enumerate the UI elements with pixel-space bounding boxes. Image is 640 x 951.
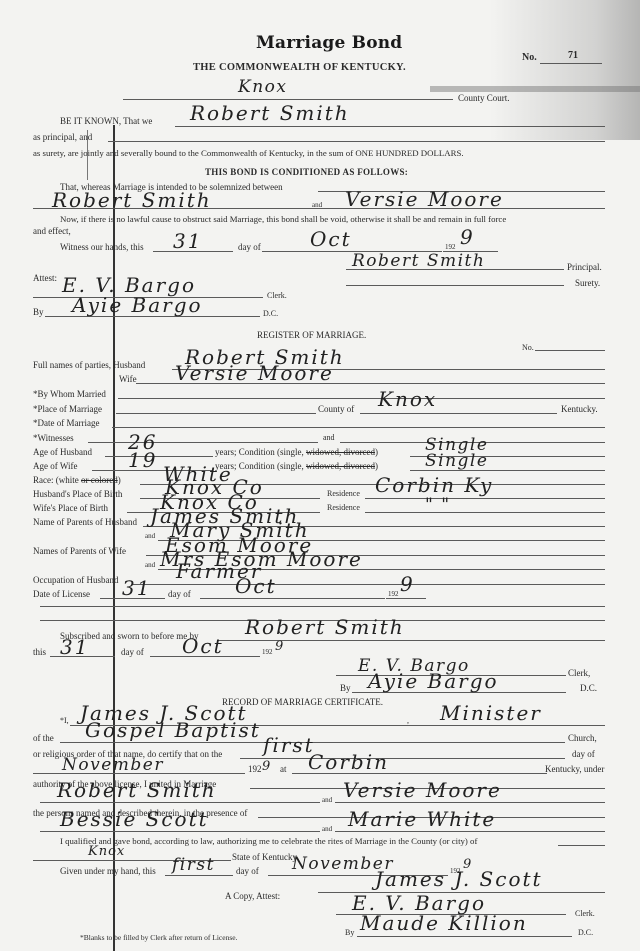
scan-fold-shadow [430, 86, 640, 92]
as-principal-label: as principal, and [33, 132, 92, 142]
parents-wife-and-label: and [145, 560, 155, 570]
cert-i-label: *I, [60, 716, 69, 726]
full-names-label: Full names of parties, Husband [33, 360, 145, 370]
scan-shadow [490, 0, 640, 140]
sworn-by-label: By [340, 683, 351, 693]
occupation-line [133, 584, 605, 585]
sworn-month: Oct [182, 636, 224, 656]
cert-party-and-label: and [322, 795, 332, 805]
principal-signature: Robert Smith [352, 252, 485, 270]
age-husband-label: Age of Husband [33, 447, 92, 457]
sworn-year-digit: 9 [275, 640, 284, 654]
sworn-year-prefix: 192 [262, 647, 273, 657]
county-value: Knox [238, 78, 287, 96]
occupation-label: Occupation of Husband [33, 575, 118, 585]
cert-county-value: Knox [88, 845, 125, 859]
condition-wife-label: years; Condition (single, widowed, divor… [215, 461, 378, 471]
wife-birth-label: Wife's Place of Birth [33, 503, 108, 513]
document-title: Marriage Bond [256, 33, 402, 53]
cert-day-of-label: day of [572, 749, 595, 759]
register-wife-label: Wife [119, 374, 137, 384]
register-county-line [360, 413, 557, 414]
surety-signature-line [346, 285, 564, 286]
license-month-line [200, 598, 385, 599]
bond-and-label: and [312, 200, 322, 210]
register-heading: REGISTER OF MARRIAGE. [257, 330, 366, 340]
parents-husband-and-label: and [145, 531, 155, 541]
husband-residence-value: Corbin Ky [375, 475, 493, 495]
subscriber-name: Robert Smith [245, 617, 405, 637]
cert-witness2-line [335, 831, 605, 832]
cert-day-line [240, 758, 565, 759]
license-month-value: Oct [235, 576, 277, 596]
license-date-label: Date of License [33, 589, 90, 599]
license-year-digit: 9 [400, 574, 415, 594]
sworn-day-of-label: day of [121, 647, 144, 657]
given-day-line [165, 875, 233, 876]
bond-party2: Versie Moore [345, 189, 504, 209]
sworn-this-label: this [33, 647, 46, 657]
witness-label: Witness our hands, this [60, 242, 144, 252]
cert-party1-line [40, 802, 320, 803]
bond-party1: Robert Smith [52, 190, 212, 210]
age-wife-label: Age of Wife [33, 461, 77, 471]
sworn-day: 31 [60, 637, 89, 657]
cert-by-label: By [345, 928, 354, 938]
state-of-kentucky-label: State of Kentucky. [232, 852, 299, 862]
parents-wife-label: Names of Parents of Wife [33, 546, 126, 556]
of-the-label: of the [33, 733, 54, 743]
wife-residence-label: Residence [327, 503, 360, 513]
cert-witness2: Marie White [348, 809, 496, 829]
cert-clerk-signature: E. V. Bargo [352, 893, 486, 913]
wife-residence-line [365, 512, 605, 513]
date-of-marriage-label: *Date of Marriage [33, 418, 99, 428]
bond-conditioned-heading: THIS BOND IS CONDITIONED AS FOLLOWS: [205, 167, 408, 177]
by-whom-label: *By Whom Married [33, 389, 106, 399]
cert-clerk-label: Clerk. [575, 909, 595, 919]
cert-party2: Versie Moore [343, 780, 502, 800]
cert-party1: Robert Smith [57, 780, 217, 800]
minister-signature: James J. Scott [375, 869, 543, 889]
bond-number-line [540, 63, 602, 64]
bond-deputy-signature: Ayie Bargo [72, 295, 203, 315]
register-no-line [535, 350, 605, 351]
sworn-clerk-label: Clerk, [568, 668, 590, 678]
condition-husband-label: years; Condition (single, widowed, divor… [215, 447, 378, 457]
register-county-value: Knox [378, 389, 437, 409]
cert-place-value: Corbin [308, 752, 389, 772]
cert-month-value: November [62, 756, 164, 774]
and-effect-text: and effect, [33, 226, 71, 236]
bond-clerk-label: Clerk. [267, 291, 287, 301]
register-kentucky-label: Kentucky. [561, 404, 598, 414]
cert-kentucky-under: Kentucky, under [545, 764, 604, 774]
bond-clerk-signature: E. V. Bargo [62, 275, 196, 295]
witnesses-label: *Witnesses [33, 433, 74, 443]
surety-label: Surety. [575, 278, 600, 288]
witness-month: Oct [310, 229, 352, 249]
age-husband-line [105, 456, 213, 457]
officiant-comma: , [407, 716, 409, 726]
principal-label: Principal. [567, 262, 602, 272]
blank-line-1 [40, 606, 605, 607]
bond-number-label: No. [522, 53, 537, 63]
by-whom-line [118, 398, 605, 399]
wife-residence-value: " " [425, 496, 451, 514]
parents-husband-label: Name of Parents of Husband [33, 517, 137, 527]
condition-wife-value: Single [425, 452, 488, 470]
cert-deputy-signature: Maude Killion [360, 913, 528, 933]
be-it-known-label: BE IT KNOWN, That we [60, 116, 152, 126]
date-of-marriage-line [112, 427, 605, 428]
witness-day-of-label: day of [238, 242, 261, 252]
register-no-label: No. [522, 343, 534, 353]
county-court-label: County Court. [458, 93, 510, 103]
age-wife-value: 19 [128, 450, 157, 470]
place-line [116, 413, 316, 414]
attest-label: Attest: [33, 273, 57, 283]
copy-attest-label: A Copy, Attest: [225, 891, 280, 901]
cert-at-label: at [280, 764, 287, 774]
surety-name-line [108, 141, 605, 142]
footnote: *Blanks to be filled by Clerk after retu… [80, 933, 237, 943]
given-label: Given under my hand, this [60, 866, 156, 876]
husband-birth-label: Husband's Place of Birth [33, 489, 122, 499]
husband-residence-line [365, 498, 605, 499]
principal-line [175, 126, 605, 127]
bond-dc-label: D.C. [263, 309, 278, 319]
place-label: *Place of Marriage [33, 404, 102, 414]
cert-party2-line [335, 802, 605, 803]
bond-number-value: 71 [568, 51, 578, 61]
qualified-line [558, 845, 605, 846]
license-day-of-label: day of [168, 589, 191, 599]
cert-witness-and-label: and [322, 824, 332, 834]
cert-deputy-line [357, 936, 572, 937]
cert-dc-label: D.C. [578, 928, 593, 938]
sworn-dc-label: D.C. [580, 683, 597, 693]
county-line [123, 99, 453, 100]
cert-witness1-line [40, 831, 320, 832]
sworn-deputy-signature: Ayie Bargo [368, 671, 499, 691]
county-of-label: County of [318, 404, 354, 414]
witness1-line [88, 442, 318, 443]
commonwealth-heading: THE COMMONWEALTH OF KENTUCKY. [193, 63, 406, 73]
bond-by-label: By [33, 307, 44, 317]
surety-text: as surety, are jointly and severally bou… [33, 148, 464, 158]
cert-witness1: Bessie Scott [60, 809, 209, 829]
register-wife-name: Versie Moore [175, 363, 334, 383]
given-day-value: first [172, 856, 215, 874]
cert-year-prefix: 192 [248, 764, 262, 774]
witness-day: 31 [173, 231, 202, 251]
husband-residence-label: Residence [327, 489, 360, 499]
license-year-line [386, 598, 426, 599]
church-label: Church, [568, 733, 597, 743]
church-value: Gospel Baptist [85, 720, 261, 740]
witness-year-digit: 9 [460, 227, 475, 247]
marriage-bond-document: Marriage Bond THE COMMONWEALTH OF KENTUC… [0, 0, 640, 951]
officiant-title: Minister [440, 703, 542, 723]
principal-name: Robert Smith [190, 103, 350, 123]
race-label: Race: (white or colored) [33, 475, 121, 485]
now-text: Now, if there is no lawful cause to obst… [60, 214, 506, 224]
cert-day-value: first [263, 735, 315, 755]
given-day-of-label: day of [236, 866, 259, 876]
witnesses-and-label: and [323, 433, 335, 443]
license-day-value: 31 [122, 578, 151, 598]
cert-year-digit: 9 [262, 760, 271, 774]
